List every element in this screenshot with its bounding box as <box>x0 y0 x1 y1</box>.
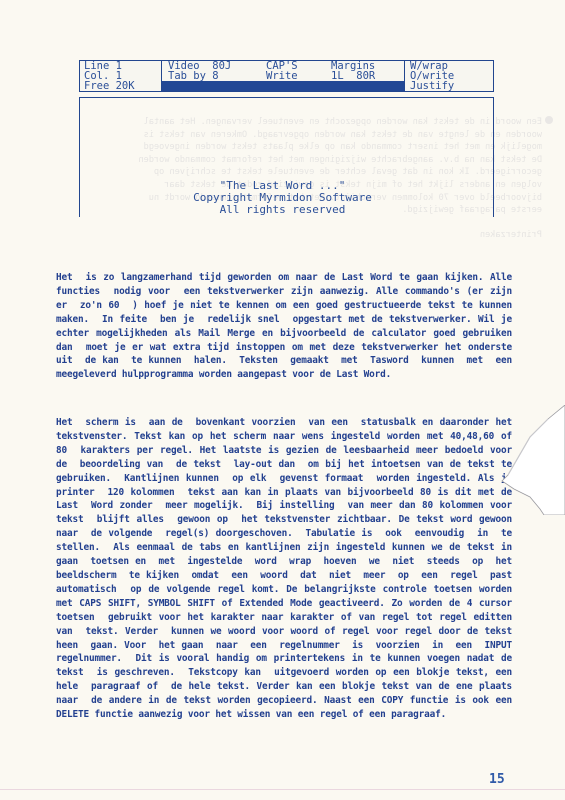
status-margins-value: 1L 80R <box>331 71 375 81</box>
text-line: printer 120 kolommen tekst aan kan in pl… <box>56 486 512 500</box>
text-line: Het is zo langzamerhand tijd geworden om… <box>56 271 512 285</box>
torn-paper-flap <box>500 405 565 515</box>
status-free-memory: Free 20K <box>84 81 161 91</box>
text-line: functies nodig voor een tekstverwerker z… <box>56 285 512 299</box>
text-line: van tekst. Verder kunnen we woord voor w… <box>56 625 512 639</box>
text-line: automatisch op de volgende regel komt. D… <box>56 583 512 597</box>
text-line: tekst is geschreven. Tekstcopy kan uitge… <box>56 666 512 680</box>
text-line: regelnummer. Dit is vooral handig om pri… <box>56 652 512 666</box>
text-line: tekst blijft alles gewoon op het tekstve… <box>56 513 512 527</box>
text-line: meegeleverd hulpprogramma worden aangepa… <box>56 368 512 382</box>
text-line: naar de volgende regel(s) doorgeschoven.… <box>56 527 512 541</box>
text-line: Het scherm is aan de bovenkant voorzien … <box>56 416 512 430</box>
text-line: stellen. Als eenmaal de tabs en kantlijn… <box>56 541 512 555</box>
page-bottom-edge <box>0 789 565 790</box>
paragraph-screen: Het scherm is aan de bovenkant voorzien … <box>56 416 512 722</box>
splash-rights: All rights reserved <box>0 204 565 216</box>
status-justify: Justify <box>410 81 493 91</box>
splash-message: "The Last Word ..." Copyright Myrmidon S… <box>0 180 565 216</box>
status-fill-bar <box>162 81 404 91</box>
text-line: de beoordeling van de tekst lay-out dan … <box>56 458 512 472</box>
text-line: 80 karakters per regel. Het laatste is g… <box>56 444 512 458</box>
text-line: tekstvenster. Tekst kan op het scherm na… <box>56 430 512 444</box>
status-bar: Line 1 Col. 1 Free 20K Video 80J CAP'S M… <box>79 60 494 92</box>
text-line: toetsen gebruikt voor het karakter naar … <box>56 611 512 625</box>
text-line: echter mogelijkheden als Mail Merge en b… <box>56 327 512 341</box>
status-position-group: Line 1 Col. 1 Free 20K <box>80 61 162 91</box>
status-tab: Tab by 8 <box>168 71 266 81</box>
text-line: DELETE functie aanwezig voor het wissen … <box>56 708 512 722</box>
text-line: maken. In feite ben je redelijk snel opg… <box>56 313 512 327</box>
paragraph-intro: Het is zo langzamerhand tijd geworden om… <box>56 271 512 382</box>
text-line: heen gaan. Voor het gaan naar een regeln… <box>56 639 512 653</box>
text-line: naar de andere in de tekst worden gecopi… <box>56 694 512 708</box>
status-toggles-group: W/wrap O/write Justify <box>405 61 493 91</box>
text-line: met CAPS SHIFT, SYMBOL SHIFT of Extended… <box>56 597 512 611</box>
page-number: 15 <box>489 772 505 787</box>
text-line: gaan toetsen en met ingestelde word wrap… <box>56 555 512 569</box>
text-line: dan moet je er wat extra tijd instoppen … <box>56 341 512 355</box>
status-mode: Write <box>266 71 331 81</box>
punch-hole-mark <box>545 116 553 124</box>
text-line: beeldscherm te kijken omdat een woord da… <box>56 569 512 583</box>
text-line: hele paragraaf of de hele tekst. Verder … <box>56 680 512 694</box>
status-settings-group: Video 80J CAP'S Margins Tab by 8 Write 1… <box>162 61 405 91</box>
text-line: er zo'n 60 ) hoef je niet te kennen om e… <box>56 299 512 313</box>
text-line: gebruiken. Kantlijnen kunnen op elk geve… <box>56 472 512 486</box>
text-line: Last Word zonder meer mogelijk. Bij inst… <box>56 499 512 513</box>
text-line: uit de kan te kunnen halen. Teksten gema… <box>56 354 512 368</box>
